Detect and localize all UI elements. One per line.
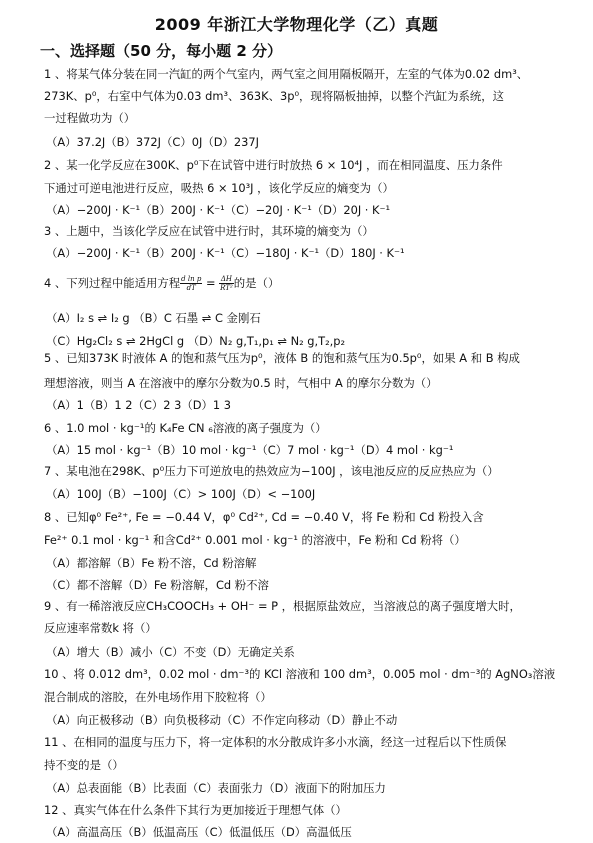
question-10-line-2: 混合制成的溶胶，在外电场作用下胶粒将（） [44,689,272,705]
question-2-line-1: 2 、某一化学反应在300K、p⁰下在试管中进行时放热 6 × 10⁴J ，而在… [44,157,503,173]
question-11-line-1: 11 、在相同的温度与压力下，将一定体积的水分散成许多小水滴，经这一过程后以下性… [44,734,506,750]
question-1-options: （A）37.2J（B）372J（C）0J（D）237J [46,134,259,150]
formula-left-numerator: d ln p [180,275,202,284]
question-3-options: （A）−200J · K⁻¹（B）200J · K⁻¹（C）−180J · K⁻… [46,245,405,261]
question-10-options: （A）向正极移动（B）向负极移动（C）不作定向移动（D）静止不动 [46,712,397,728]
question-2-options: （A）−200J · K⁻¹（B）200J · K⁻¹（C）−20J · K⁻¹… [46,202,390,218]
question-5-line-2: 理想溶液，则当 A 在溶液中的摩尔分数为0.5 时，气相中 A 的摩尔分数为（） [44,375,438,391]
question-8-line-2: Fe²⁺ 0.1 mol · kg⁻¹ 和含Cd²⁺ 0.001 mol · k… [44,532,466,548]
question-6-line-1: 6 、1.0 mol · kg⁻¹的 K₄Fe CN ₆溶液的离子强度为（） [44,420,327,436]
question-1-line-1: 1 、将某气体分装在同一汽缸的两个气室内，两气室之间用隔板隔开，左室的气体为0.… [44,66,528,82]
question-8-line-1: 8 、已知φ⁰ Fe²⁺, Fe = −0.44 V，φ⁰ Cd²⁺, Cd =… [44,509,484,525]
question-11-line-2: 持不变的是（） [44,757,124,773]
question-1-line-3: 一过程做功为（） [44,110,135,126]
document-title: 2009 年浙江大学物理化学（乙）真题 [0,12,593,35]
formula-left-fraction: d ln pdT [180,275,202,292]
formula-left-denominator: dT [180,284,202,292]
question-4-options-1: （A）I₂ s ⇌ I₂ g （B）C 石墨 ⇌ C 金刚石 [46,310,261,326]
question-12-options: （A）高温高压（B）低温高压（C）低温低压（D）高温低压 [46,824,352,840]
question-2-line-2: 下通过可逆电池进行反应，吸热 6 × 10³J ，该化学反应的熵变为（） [44,180,394,196]
formula-equals: = [202,276,219,290]
question-8-options-1: （A）都溶解（B）Fe 粉不溶，Cd 粉溶解 [46,555,256,571]
question-8-options-2: （C）都不溶解（D）Fe 粉溶解，Cd 粉不溶 [46,577,269,593]
question-11-options: （A）总表面能（B）比表面（C）表面张力（D）液面下的附加压力 [46,780,386,796]
question-10-line-1: 10 、将 0.012 dm³，0.02 mol · dm⁻³的 KCl 溶液和… [44,666,555,682]
formula-right-numerator: ΔH [219,275,234,284]
question-7-options: （A）100J（B）−100J（C）> 100J（D）< −100J [46,486,315,502]
question-5-options: （A）1（B）1 2（C）2 3（D）1 3 [46,397,231,413]
question-5-line-1: 5 、已知373K 时液体 A 的饱和蒸气压为p⁰，液体 B 的饱和蒸气压为0.… [44,350,520,366]
exam-page: 2009 年浙江大学物理化学（乙）真题 一、选择题（50 分，每小题 2 分） … [0,0,593,843]
formula-right-fraction: ΔHRT² [219,275,234,292]
question-1-line-2: 273K、p⁰，右室中气体为0.03 dm³、363K、3p⁰，现将隔板抽掉，以… [44,88,504,104]
question-4-suffix: 的是（） [234,276,280,290]
question-4-options-2: （C）Hg₂Cl₂ s ⇌ 2HgCl g （D）N₂ g,T₁,p₁ ⇌ N₂… [46,333,345,349]
question-6-options: （A）15 mol · kg⁻¹（B）10 mol · kg⁻¹（C）7 mol… [46,442,453,458]
question-9-line-2: 反应速率常数k 将（） [44,620,157,636]
question-4-prefix: 4 、下列过程中能适用方程 [44,276,180,290]
question-9-line-1: 9 、有一稀溶液反应CH₃COOCH₃ + OH⁻ = P ，根据原盐效应，当溶… [44,598,521,614]
question-4-line-1: 4 、下列过程中能适用方程d ln pdT = ΔHRT²的是（） [44,275,279,292]
formula-right-denominator: RT² [219,284,234,292]
question-7-line-1: 7 、某电池在298K、p⁰压力下可逆放电的热效应为−100J ，该电池反应的反… [44,463,499,479]
section-heading: 一、选择题（50 分，每小题 2 分） [40,40,282,61]
question-9-options: （A）增大（B）减小（C）不变（D）无确定关系 [46,644,295,660]
question-12-line-1: 12 、真实气体在什么条件下其行为更加接近于理想气体（） [44,802,347,818]
question-3-line-1: 3 、上题中，当该化学反应在试管中进行时，其环境的熵变为（） [44,223,374,239]
